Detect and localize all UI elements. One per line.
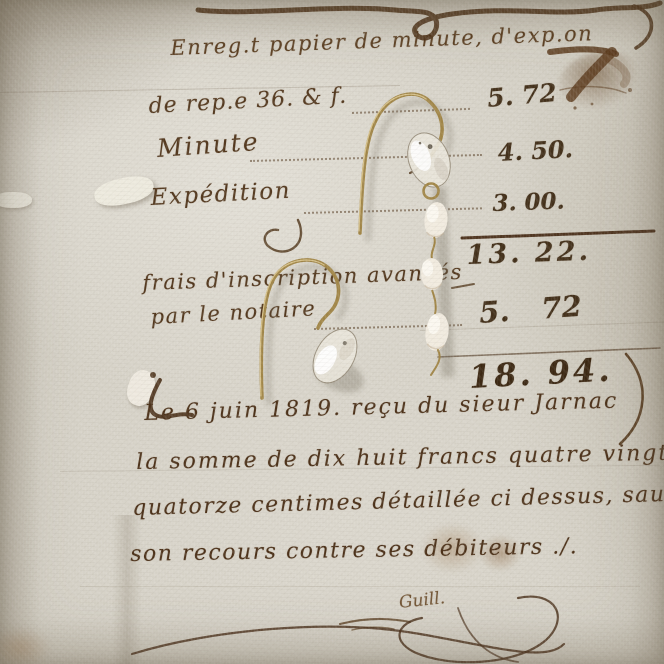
paper-defect	[0, 192, 32, 208]
expedition-loop	[265, 220, 301, 252]
ledger-row-amount: 5. 72	[486, 78, 558, 113]
paper-background: Enreg.t papier de minute, d'exp.on de re…	[0, 0, 664, 664]
ink-blot-underline	[560, 87, 626, 93]
receipt-line: la somme de dix huit francs quatre vingt	[136, 441, 664, 475]
gold-link-wire	[432, 290, 436, 314]
signature-underline	[340, 619, 410, 624]
receipt-line: son recours contre ses débiteurs ./.	[130, 534, 578, 567]
ink-blot-stroke	[606, 58, 627, 84]
signature-underline	[352, 627, 394, 630]
ledger-row-amount: 3. 00.	[492, 187, 565, 216]
gold-tail-wire	[431, 350, 440, 375]
signature-swirl	[132, 627, 564, 654]
signature-swirl	[458, 608, 518, 662]
ledger-row-amount: 4. 50.	[497, 134, 574, 167]
paper-crease	[112, 515, 142, 664]
ledger-subtotal: 13. 22.	[466, 236, 591, 271]
total-paren	[620, 354, 643, 444]
paper-crease	[80, 586, 640, 587]
ink-blot-stroke	[550, 49, 616, 54]
earring-left	[236, 250, 386, 440]
ink-smudge	[553, 45, 648, 119]
signature: Guill.	[398, 588, 446, 613]
gold-link-wire	[432, 237, 435, 259]
top-flourish-curl	[634, 6, 652, 48]
ledger-row-label: Minute	[156, 127, 260, 163]
ink-stain	[0, 626, 52, 664]
ledger-header-line: Enreg.t papier de minute, d'exp.on	[170, 21, 594, 60]
ledger-row-label: Expédition	[150, 178, 292, 211]
fees-amount: 5. 72	[478, 289, 583, 330]
paper-defect	[92, 172, 156, 210]
receipt-line: quatorze centimes détaillée ci dessus, s…	[132, 482, 664, 521]
ink-blot-stroke	[571, 52, 612, 97]
